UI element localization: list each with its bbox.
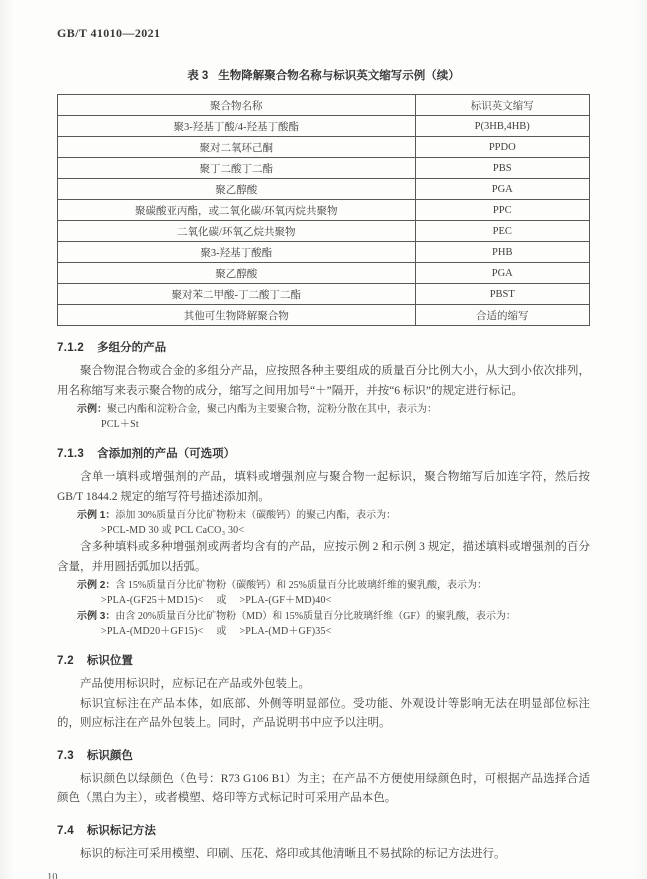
example-line: 示例 3：由含 20%质量百分比矿物粉（MD）和 15%质量百分比玻璃纤维（GF…: [57, 609, 590, 624]
cell-abbreviation: PPC: [415, 200, 590, 221]
cell-polymer-name: 聚碳酸亚丙酯，或二氧化碳/环氧丙烷共聚物: [58, 200, 416, 221]
cell-polymer-name: 聚3-羟基丁酸酯: [58, 242, 416, 263]
cell-polymer-name: 聚乙醇酸: [58, 263, 416, 284]
standard-number: GB/T 41010—2021: [57, 26, 590, 41]
cell-abbreviation: P(3HB,4HB): [415, 116, 590, 137]
cell-polymer-name: 聚3-羟基丁酸/4-羟基丁酸酯: [58, 116, 416, 137]
table-row: 二氧化碳/环氧乙烷共聚物 PEC: [58, 221, 590, 242]
page-number: 10: [47, 872, 590, 879]
cell-abbreviation: PBST: [415, 284, 590, 305]
section-title: 含添加剂的产品（可选项）: [97, 445, 235, 461]
section-number: 7.1.3: [57, 448, 84, 460]
section-heading: 7.1.3 含添加剂的产品（可选项）: [57, 445, 590, 461]
table-row: 聚3-羟基丁酸酯 PHB: [58, 242, 590, 263]
example-line: 示例：聚己内酯和淀粉合金，聚己内酯为主要聚合物，淀粉分散在其中，表示为：: [57, 402, 590, 417]
section-title: 多组分的产品: [97, 339, 166, 355]
paragraph: 标识宜标注在产品本体，如底部、外侧等明显部位。受功能、外观设计等影响无法在明显部…: [57, 695, 590, 734]
example-label: 示例 1：: [77, 510, 115, 521]
table-row: 聚3-羟基丁酸/4-羟基丁酸酯 P(3HB,4HB): [58, 116, 590, 137]
paragraph: 含多种填料或多种增强剂或两者均含有的产品，应按示例 2 和示例 3 规定，描述填…: [57, 538, 590, 577]
section-heading: 7.2 标识位置: [57, 652, 590, 668]
table-row: 其他可生物降解聚合物 合适的缩写: [58, 305, 590, 326]
cell-abbreviation: PBS: [415, 158, 590, 179]
cell-polymer-name: 聚丁二酸丁二酯: [58, 158, 416, 179]
paragraph: 含单一填料或增强剂的产品，填料或增强剂应与聚合物一起标识，聚合物缩写后加连字符，…: [57, 468, 590, 507]
cell-abbreviation: PGA: [415, 263, 590, 284]
example-text: 添加 30%质量百分比矿物粉末（碳酸钙）的聚己内酯，表示为：: [115, 510, 396, 521]
section-number: 7.4: [57, 825, 74, 837]
section-title: 标识颜色: [87, 747, 133, 763]
table-row: 聚对苯二甲酸-丁二酸丁二酯 PBST: [58, 284, 590, 305]
section-number: 7.2: [57, 655, 74, 667]
table-row: 聚乙醇酸 PGA: [58, 179, 590, 200]
cell-abbreviation: PHB: [415, 242, 590, 263]
section-7-1-2: 7.1.2 多组分的产品 聚合物混合物或合金的多组分产品，应按照各种主要组成的质…: [57, 339, 590, 432]
table-row: 聚乙醇酸 PGA: [58, 263, 590, 284]
column-header-polymer-name: 聚合物名称: [58, 95, 416, 116]
example-label: 示例 2：: [77, 580, 115, 591]
cell-polymer-name: 聚对二氧环己酮: [58, 137, 416, 158]
paragraph: 标识颜色以绿颜色（色号：R73 G106 B1）为主；在产品不方便使用绿颜色时，…: [57, 770, 590, 809]
cell-polymer-name: 二氧化碳/环氧乙烷共聚物: [58, 221, 416, 242]
example-line: 示例 2：含 15%质量百分比矿物粉（碳酸钙）和 25%质量百分比玻璃纤维的聚乳…: [57, 578, 590, 593]
section-7-1-3: 7.1.3 含添加剂的产品（可选项） 含单一填料或增强剂的产品，填料或增强剂应与…: [57, 445, 590, 639]
section-number: 7.1.2: [57, 342, 84, 354]
section-7-4: 7.4 标识标记方法 标识的标注可采用模塑、印刷、压花、烙印或其他清晰且不易拭除…: [57, 822, 590, 865]
example-text: 含 15%质量百分比矿物粉（碳酸钙）和 25%质量百分比玻璃纤维的聚乳酸，表示为…: [115, 580, 487, 591]
table-row: 聚对二氧环己酮 PPDO: [58, 137, 590, 158]
paragraph: 标识的标注可采用模塑、印刷、压花、烙印或其他清晰且不易拭除的标记方法进行。: [57, 845, 590, 865]
section-heading: 7.4 标识标记方法: [57, 822, 590, 838]
example-code: PCL＋St: [57, 417, 590, 432]
paragraph: 产品使用标识时，应标记在产品或外包装上。: [57, 675, 590, 695]
section-title: 标识标记方法: [87, 822, 156, 838]
section-heading: 7.3 标识颜色: [57, 747, 590, 763]
example-code: >PLA-(GF25＋MD15)< 或 >PLA-(GF＋MD)40<: [57, 593, 590, 608]
cell-abbreviation: 合适的缩写: [415, 305, 590, 326]
paragraph: 聚合物混合物或合金的多组分产品，应按照各种主要组成的质量百分比例大小，从大到小依…: [57, 362, 590, 401]
cell-abbreviation: PPDO: [415, 137, 590, 158]
example-label: 示例 3：: [77, 611, 115, 622]
section-7-2: 7.2 标识位置 产品使用标识时，应标记在产品或外包装上。 标识宜标注在产品本体…: [57, 652, 590, 734]
table-caption-label: 表 3: [187, 70, 208, 82]
cell-polymer-name: 聚乙醇酸: [58, 179, 416, 200]
cell-polymer-name: 其他可生物降解聚合物: [58, 305, 416, 326]
example-text: 聚己内酯和淀粉合金，聚己内酯为主要聚合物，淀粉分散在其中，表示为：: [107, 404, 437, 415]
polymer-abbreviation-table: 聚合物名称 标识英文缩写 聚3-羟基丁酸/4-羟基丁酸酯 P(3HB,4HB) …: [57, 94, 590, 326]
table-row: 聚丁二酸丁二酯 PBS: [58, 158, 590, 179]
table-caption: 表 3生物降解聚合物名称与标识英文缩写示例（续）: [57, 67, 590, 83]
example-code: >PLA-(MD20＋GF15)< 或 >PLA-(MD＋GF)35<: [57, 624, 590, 639]
column-header-abbreviation: 标识英文缩写: [415, 95, 590, 116]
example-code: >PCL-MD 30 或 PCL CaCO₃ 30<: [57, 523, 590, 538]
cell-abbreviation: PEC: [415, 221, 590, 242]
document-page: GB/T 41010—2021 表 3生物降解聚合物名称与标识英文缩写示例（续）…: [0, 0, 647, 879]
table-caption-title: 生物降解聚合物名称与标识英文缩写示例（续）: [218, 70, 460, 82]
table-header-row: 聚合物名称 标识英文缩写: [58, 95, 590, 116]
table-row: 聚碳酸亚丙酯，或二氧化碳/环氧丙烷共聚物 PPC: [58, 200, 590, 221]
cell-abbreviation: PGA: [415, 179, 590, 200]
section-7-3: 7.3 标识颜色 标识颜色以绿颜色（色号：R73 G106 B1）为主；在产品不…: [57, 747, 590, 809]
example-line: 示例 1：添加 30%质量百分比矿物粉末（碳酸钙）的聚己内酯，表示为：: [57, 508, 590, 523]
section-title: 标识位置: [87, 652, 133, 668]
example-label: 示例：: [77, 404, 107, 415]
section-number: 7.3: [57, 750, 74, 762]
cell-polymer-name: 聚对苯二甲酸-丁二酸丁二酯: [58, 284, 416, 305]
section-heading: 7.1.2 多组分的产品: [57, 339, 590, 355]
example-text: 由含 20%质量百分比矿物粉（MD）和 15%质量百分比玻璃纤维（GF）的聚乳酸…: [115, 611, 516, 622]
